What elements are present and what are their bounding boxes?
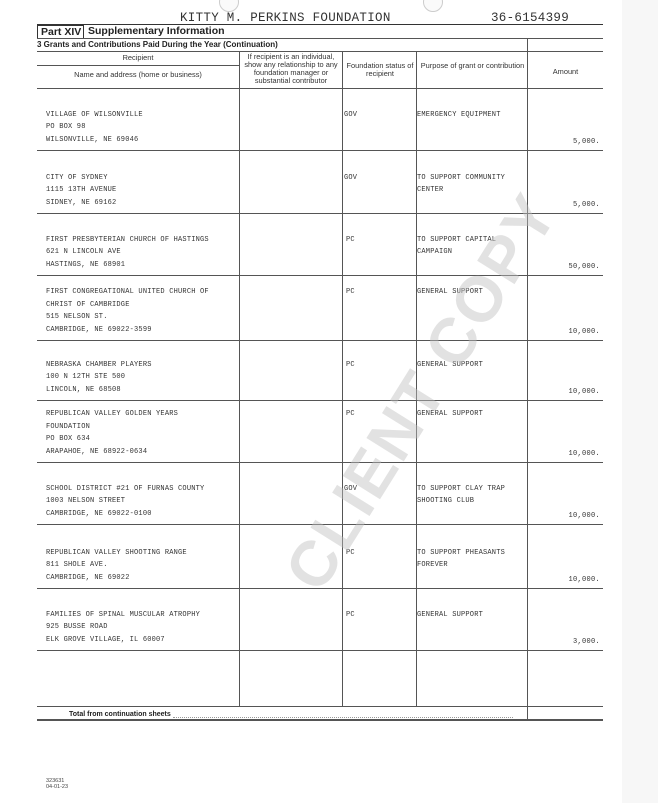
col-header-purpose: Purpose of grant or contribution: [420, 62, 525, 70]
grant-purpose: TO SUPPORT PHEASANTS FOREVER: [417, 547, 505, 572]
total-label: Total from continuation sheets: [69, 711, 171, 718]
grant-amount: 10,000.: [528, 450, 600, 458]
grant-amount: 10,000.: [528, 388, 600, 396]
foundation-status: PC: [346, 408, 355, 420]
col-header-amount: Amount: [528, 68, 603, 76]
foundation-status: PC: [346, 547, 355, 559]
foundation-status: PC: [346, 286, 355, 298]
recipient-name-address: REPUBLICAN VALLEY GOLDEN YEARS FOUNDATIO…: [46, 408, 178, 458]
grant-amount: 50,000.: [528, 263, 600, 271]
row-divider: [37, 275, 603, 276]
col-header-name-address: Name and address (home or business): [37, 71, 239, 79]
rule: [37, 706, 603, 707]
grant-amount: 10,000.: [528, 512, 600, 520]
foundation-name: KITTY M. PERKINS FOUNDATION: [180, 11, 391, 25]
foundation-status: GOV: [344, 109, 357, 121]
foundation-status: PC: [346, 234, 355, 246]
row-divider: [37, 150, 603, 151]
punch-hole: [423, 0, 443, 12]
part-title: Supplementary Information: [88, 25, 225, 38]
row-divider: [37, 462, 603, 463]
row-divider: [37, 400, 603, 401]
col-header-relationship: If recipient is an individual, show any …: [242, 53, 340, 85]
grant-amount: 5,000.: [528, 138, 600, 146]
section-title: 3 Grants and Contributions Paid During t…: [37, 40, 278, 49]
grant-purpose: GENERAL SUPPORT: [417, 286, 483, 298]
grant-amount: 5,000.: [528, 201, 600, 209]
recipient-name-address: FAMILIES OF SPINAL MUSCULAR ATROPHY 925 …: [46, 609, 200, 646]
grant-purpose: TO SUPPORT COMMUNITY CENTER: [417, 172, 505, 197]
form-footer: 323631 04-01-23: [46, 778, 68, 790]
ein: 36-6154399: [491, 11, 569, 25]
recipient-name-address: NEBRASKA CHAMBER PLAYERS 100 N 12TH STE …: [46, 359, 152, 396]
recipient-name-address: FIRST CONGREGATIONAL UNITED CHURCH OF CH…: [46, 286, 209, 336]
grant-amount: 10,000.: [528, 576, 600, 584]
row-divider: [37, 650, 603, 651]
foundation-status: GOV: [344, 483, 357, 495]
form-date: 04-01-23: [46, 784, 68, 790]
recipient-name-address: REPUBLICAN VALLEY SHOOTING RANGE 811 SHO…: [46, 547, 187, 584]
foundation-status: PC: [346, 609, 355, 621]
row-divider: [37, 524, 603, 525]
grant-purpose: EMERGENCY EQUIPMENT: [417, 109, 501, 121]
rule: [37, 88, 603, 89]
part-label: Part XIV: [37, 25, 84, 39]
foundation-status: PC: [346, 359, 355, 371]
grant-purpose: TO SUPPORT CLAY TRAP SHOOTING CLUB: [417, 483, 505, 508]
grant-purpose: GENERAL SUPPORT: [417, 609, 483, 621]
scan-margin: [622, 0, 658, 803]
leader-dots: [173, 717, 513, 718]
col-header-status: Foundation status of recipient: [346, 62, 414, 78]
grant-purpose: GENERAL SUPPORT: [417, 359, 483, 371]
rule: [37, 38, 603, 39]
col-header-recipient: Recipient: [37, 54, 239, 62]
grant-amount: 3,000.: [528, 638, 600, 646]
foundation-status: GOV: [344, 172, 357, 184]
recipient-name-address: FIRST PRESBYTERIAN CHURCH OF HASTINGS 62…: [46, 234, 209, 271]
grant-purpose: TO SUPPORT CAPITAL CAMPAIGN: [417, 234, 496, 259]
rule: [37, 65, 239, 66]
grant-purpose: GENERAL SUPPORT: [417, 408, 483, 420]
row-divider: [37, 340, 603, 341]
grant-amount: 10,000.: [528, 328, 600, 336]
row-divider: [37, 588, 603, 589]
recipient-name-address: CITY OF SYDNEY 1115 13TH AVENUE SIDNEY, …: [46, 172, 116, 209]
row-divider: [37, 213, 603, 214]
recipient-name-address: SCHOOL DISTRICT #21 OF FURNAS COUNTY 100…: [46, 483, 204, 520]
recipient-name-address: VILLAGE OF WILSONVILLE PO BOX 98 WILSONV…: [46, 109, 143, 146]
rule: [37, 719, 603, 721]
